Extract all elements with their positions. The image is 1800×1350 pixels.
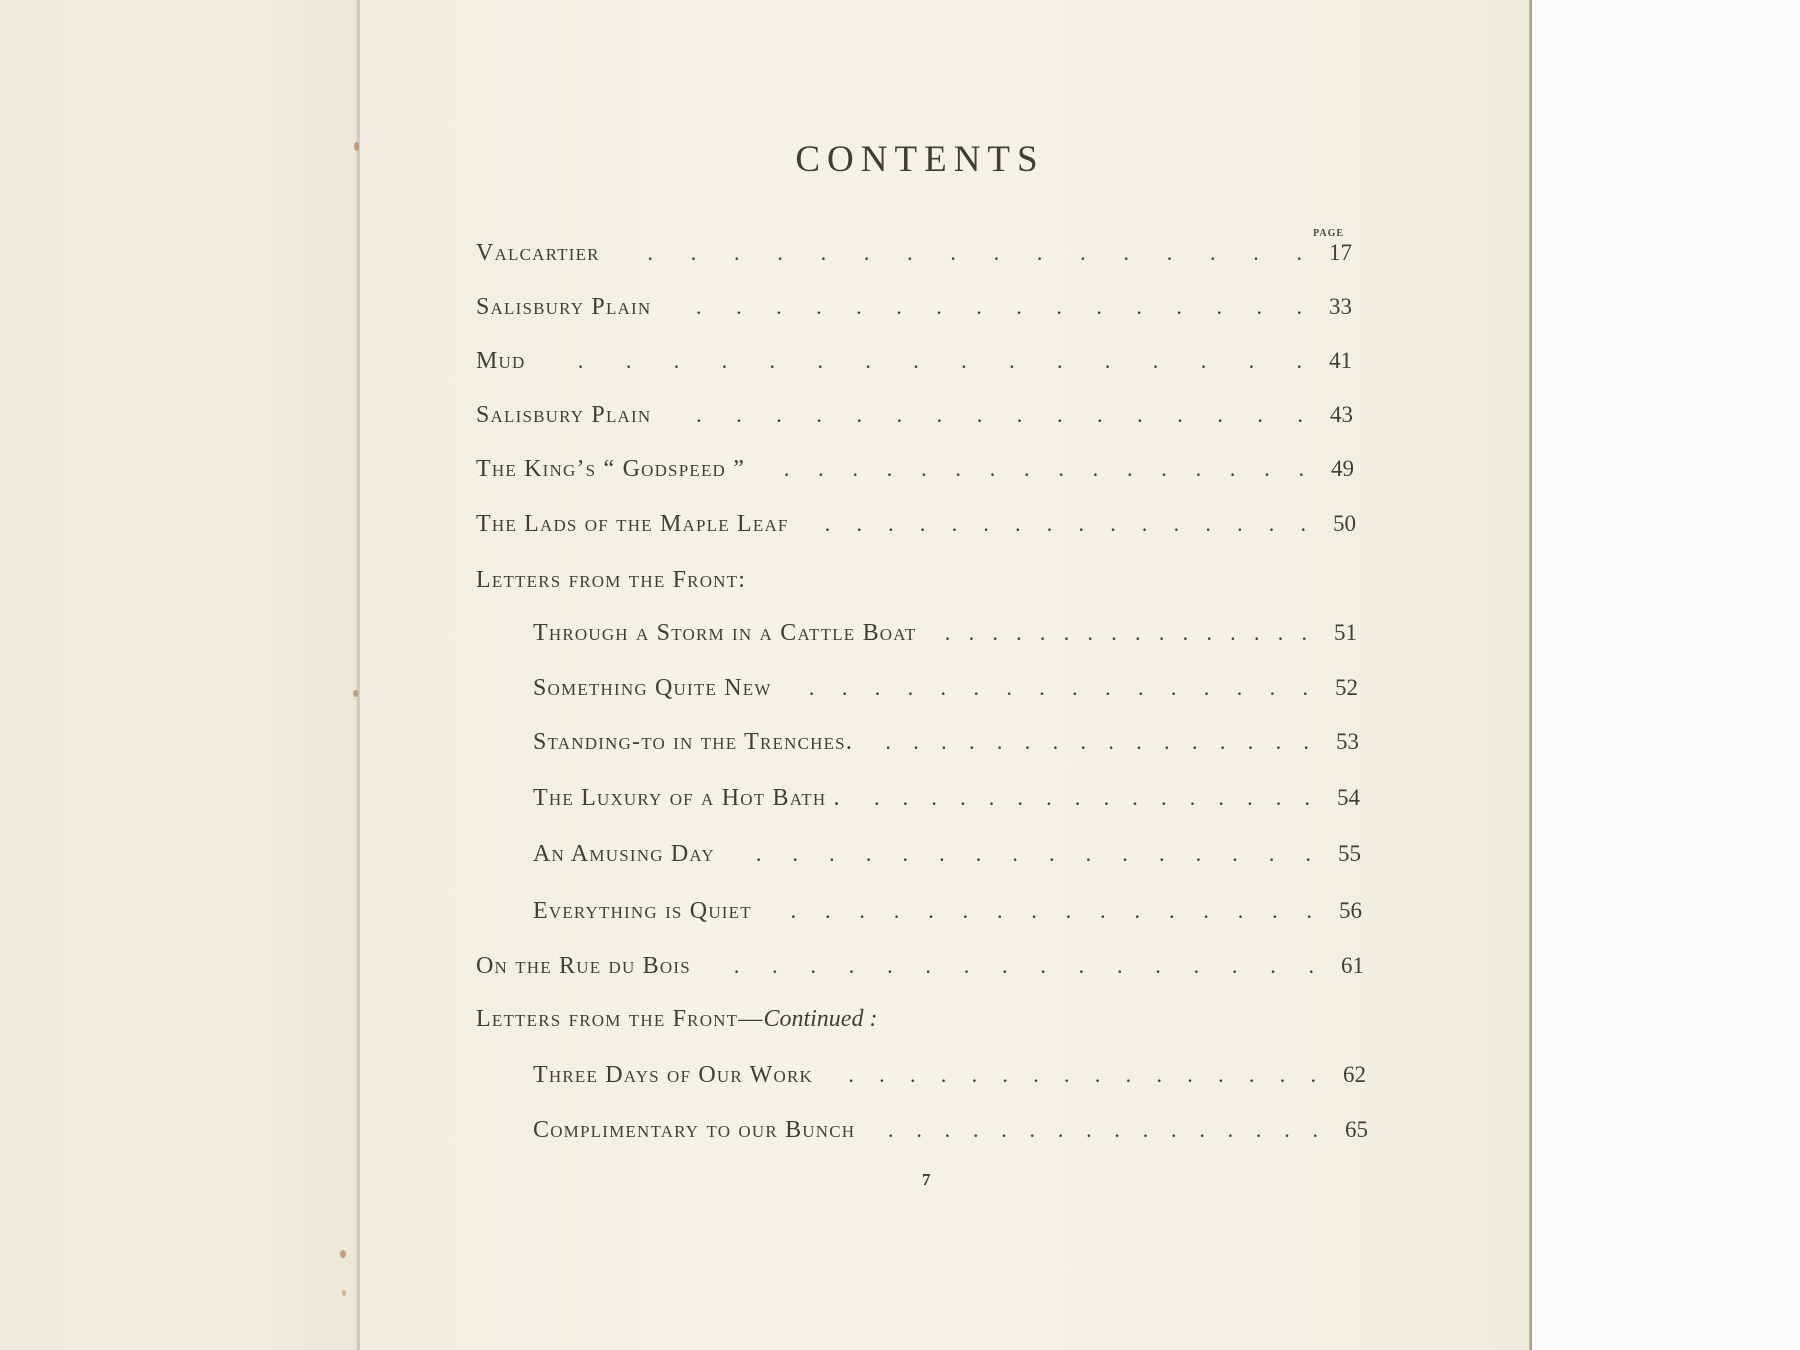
dot-leader: ................ xyxy=(865,1117,1318,1143)
toc-entry-title-text: Three Days of Our Work xyxy=(533,1062,813,1088)
toc-entry-title: Complimentary to our Bunch xyxy=(533,1117,855,1144)
toc-entry[interactable]: Everything is Quiet................56 xyxy=(533,898,1362,932)
dot-leader: ................ xyxy=(823,1062,1316,1088)
toc-entry-title-text: Something Quite New xyxy=(533,675,772,701)
dot-leader: ................ xyxy=(661,402,1303,428)
toc-entry-title: On the Rue du Bois xyxy=(476,953,691,980)
toc-page-number: 55 xyxy=(1321,841,1361,867)
toc-entry-title-text: Letters from the Front— xyxy=(476,1006,763,1032)
dot-leader: ................ xyxy=(782,675,1308,701)
toc-entry[interactable]: Valcartier................17 xyxy=(476,240,1352,274)
toc-entry-title: Three Days of Our Work xyxy=(533,1062,813,1089)
toc-entry[interactable]: Something Quite New................52 xyxy=(533,675,1358,709)
toc-entry-title-italic: Continued : xyxy=(763,1006,877,1032)
page-number: 7 xyxy=(922,1170,931,1190)
toc-entry-title-text: The King’s “ Godspeed ” xyxy=(476,456,745,482)
toc-entry-title: Salisbury Plain xyxy=(476,294,651,321)
toc-entry-title: The Luxury of a Hot Bath . xyxy=(533,785,841,812)
toc-entry[interactable]: The Lads of the Maple Leaf..............… xyxy=(476,511,1356,545)
toc-entry-title: Something Quite New xyxy=(533,675,772,702)
toc-entry-title: Letters from the Front—Continued : xyxy=(476,1006,877,1033)
toc-entry[interactable]: Through a Storm in a Cattle Boat........… xyxy=(533,620,1357,654)
toc-entry-title: Standing-to in the Trenches. xyxy=(533,729,853,756)
toc-entry[interactable]: Complimentary to our Bunch..............… xyxy=(533,1117,1368,1151)
toc-entry[interactable]: Salisbury Plain................43 xyxy=(476,402,1353,436)
toc-entry-title-text: Standing-to in the Trenches. xyxy=(533,729,853,755)
toc-entry-title-text: Mud xyxy=(476,348,526,374)
toc-page-number: 52 xyxy=(1318,675,1358,701)
toc-page-number: 33 xyxy=(1312,294,1352,320)
toc-page-number: 54 xyxy=(1320,785,1360,811)
toc-entry[interactable]: On the Rue du Bois................61 xyxy=(476,953,1364,987)
toc-entry[interactable]: Letters from the Front: xyxy=(476,567,1360,601)
toc-entry-title: Mud xyxy=(476,348,526,375)
toc-page-number: 17 xyxy=(1312,240,1352,266)
toc-entry-title: Everything is Quiet xyxy=(533,898,752,925)
toc-entry-title-text: Salisbury Plain xyxy=(476,402,651,428)
toc-entry-title: The Lads of the Maple Leaf xyxy=(476,511,789,538)
dot-leader: ................ xyxy=(851,785,1310,811)
toc-entry[interactable]: Letters from the Front—Continued : xyxy=(476,1006,1360,1040)
toc-entry-title-text: An Amusing Day xyxy=(533,841,715,867)
toc-entry-title: The King’s “ Godspeed ” xyxy=(476,456,745,483)
toc-entry[interactable]: The Luxury of a Hot Bath ...............… xyxy=(533,785,1360,819)
toc-page-number: 53 xyxy=(1319,729,1359,755)
dot-leader: ................ xyxy=(799,511,1306,537)
toc-entry[interactable]: The King’s “ Godspeed ”................4… xyxy=(476,456,1354,490)
toc-page-number: 62 xyxy=(1326,1062,1366,1088)
toc-entry-title: An Amusing Day xyxy=(533,841,715,868)
toc-entry-title-text: The Lads of the Maple Leaf xyxy=(476,511,789,537)
dot-leader: ................ xyxy=(661,294,1302,320)
toc-entry-title-text: The Luxury of a Hot Bath . xyxy=(533,785,841,811)
toc-page-number: 51 xyxy=(1317,620,1357,646)
toc-entry-title: Letters from the Front: xyxy=(476,567,746,594)
toc-entry-title: Salisbury Plain xyxy=(476,402,651,429)
table-of-contents: Valcartier................17Salisbury Pl… xyxy=(0,0,1800,1350)
dot-leader: ................ xyxy=(755,456,1304,482)
toc-page-number: 41 xyxy=(1312,348,1352,374)
toc-entry-title-text: Complimentary to our Bunch xyxy=(533,1117,855,1143)
toc-page-number: 49 xyxy=(1314,456,1354,482)
toc-entry-title-text: Valcartier xyxy=(476,240,600,266)
dot-leader: ................ xyxy=(725,841,1311,867)
toc-page-number: 56 xyxy=(1322,898,1362,924)
toc-entry-title-text: Salisbury Plain xyxy=(476,294,651,320)
dot-leader: ................ xyxy=(701,953,1314,979)
toc-page-number: 43 xyxy=(1313,402,1353,428)
dot-leader: ................ xyxy=(863,729,1309,755)
toc-entry[interactable]: An Amusing Day................55 xyxy=(533,841,1361,875)
toc-entry-title-text: Everything is Quiet xyxy=(533,898,752,924)
toc-page-number: 50 xyxy=(1316,511,1356,537)
dot-leader: ................ xyxy=(926,620,1307,646)
dot-leader: ................ xyxy=(610,240,1302,266)
toc-entry[interactable]: Three Days of Our Work................62 xyxy=(533,1062,1366,1096)
toc-page-number: 65 xyxy=(1328,1117,1368,1143)
toc-entry[interactable]: Standing-to in the Trenches.............… xyxy=(533,729,1359,763)
toc-entry[interactable]: Salisbury Plain................33 xyxy=(476,294,1352,328)
toc-entry-title: Valcartier xyxy=(476,240,600,267)
toc-entry-title-text: Through a Storm in a Cattle Boat xyxy=(533,620,916,646)
dot-leader: ................ xyxy=(536,348,1303,374)
toc-entry[interactable]: Mud................41 xyxy=(476,348,1352,382)
toc-entry-title-text: Letters from the Front: xyxy=(476,567,746,593)
toc-entry-title: Through a Storm in a Cattle Boat xyxy=(533,620,916,647)
dot-leader: ................ xyxy=(762,898,1312,924)
toc-entry-title-text: On the Rue du Bois xyxy=(476,953,691,979)
toc-page-number: 61 xyxy=(1324,953,1364,979)
